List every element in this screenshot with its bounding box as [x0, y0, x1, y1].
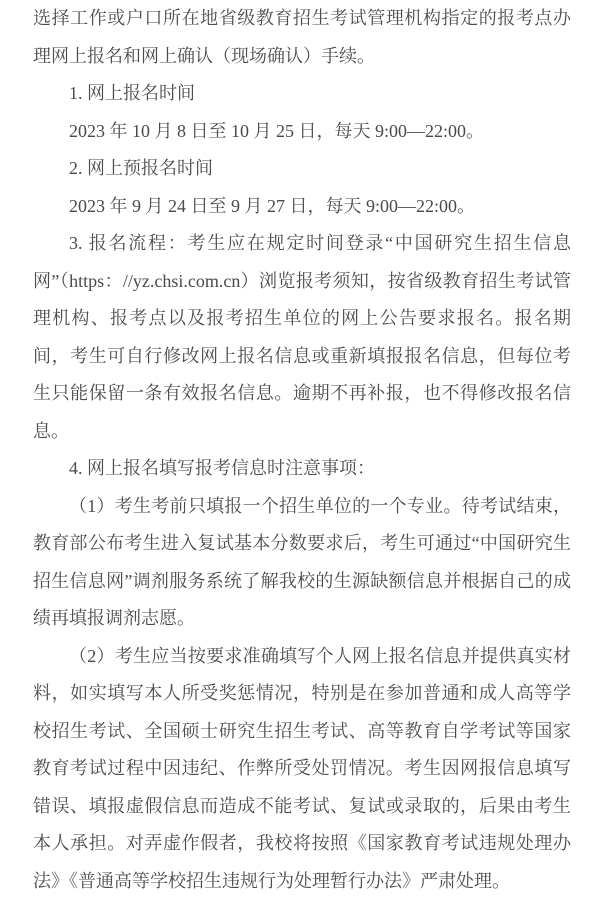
paragraph-item-3-procedure: 3. 报名流程：考生应在规定时间登录“中国研究生招生信息网”（https：//y…	[33, 225, 571, 450]
paragraph-item-2-dates: 2023 年 9 月 24 日至 9 月 27 日，每天 9:00—22:00。	[33, 188, 571, 226]
paragraph-item-2-heading: 2. 网上预报名时间	[33, 150, 571, 188]
paragraph-item-1-dates: 2023 年 10 月 8 日至 10 月 25 日，每天 9:00—22:00…	[33, 113, 571, 151]
paragraph-item-1-heading: 1. 网上报名时间	[33, 75, 571, 113]
paragraph-continuation: 选择工作或户口所在地省级教育招生考试管理机构指定的报考点办理网上报名和网上确认（…	[33, 0, 571, 75]
paragraph-item-4-heading: 4. 网上报名填写报考信息时注意事项：	[33, 450, 571, 488]
paragraph-note-1: （1）考生考前只填报一个招生单位的一个专业。待考试结束，教育部公布考生进入复试基…	[33, 488, 571, 638]
document-page: 选择工作或户口所在地省级教育招生考试管理机构指定的报考点办理网上报名和网上确认（…	[33, 0, 571, 845]
paragraph-note-2: （2）考生应当按要求准确填写个人网上报名信息并提供真实材料，如实填写本人所受奖惩…	[33, 638, 571, 846]
